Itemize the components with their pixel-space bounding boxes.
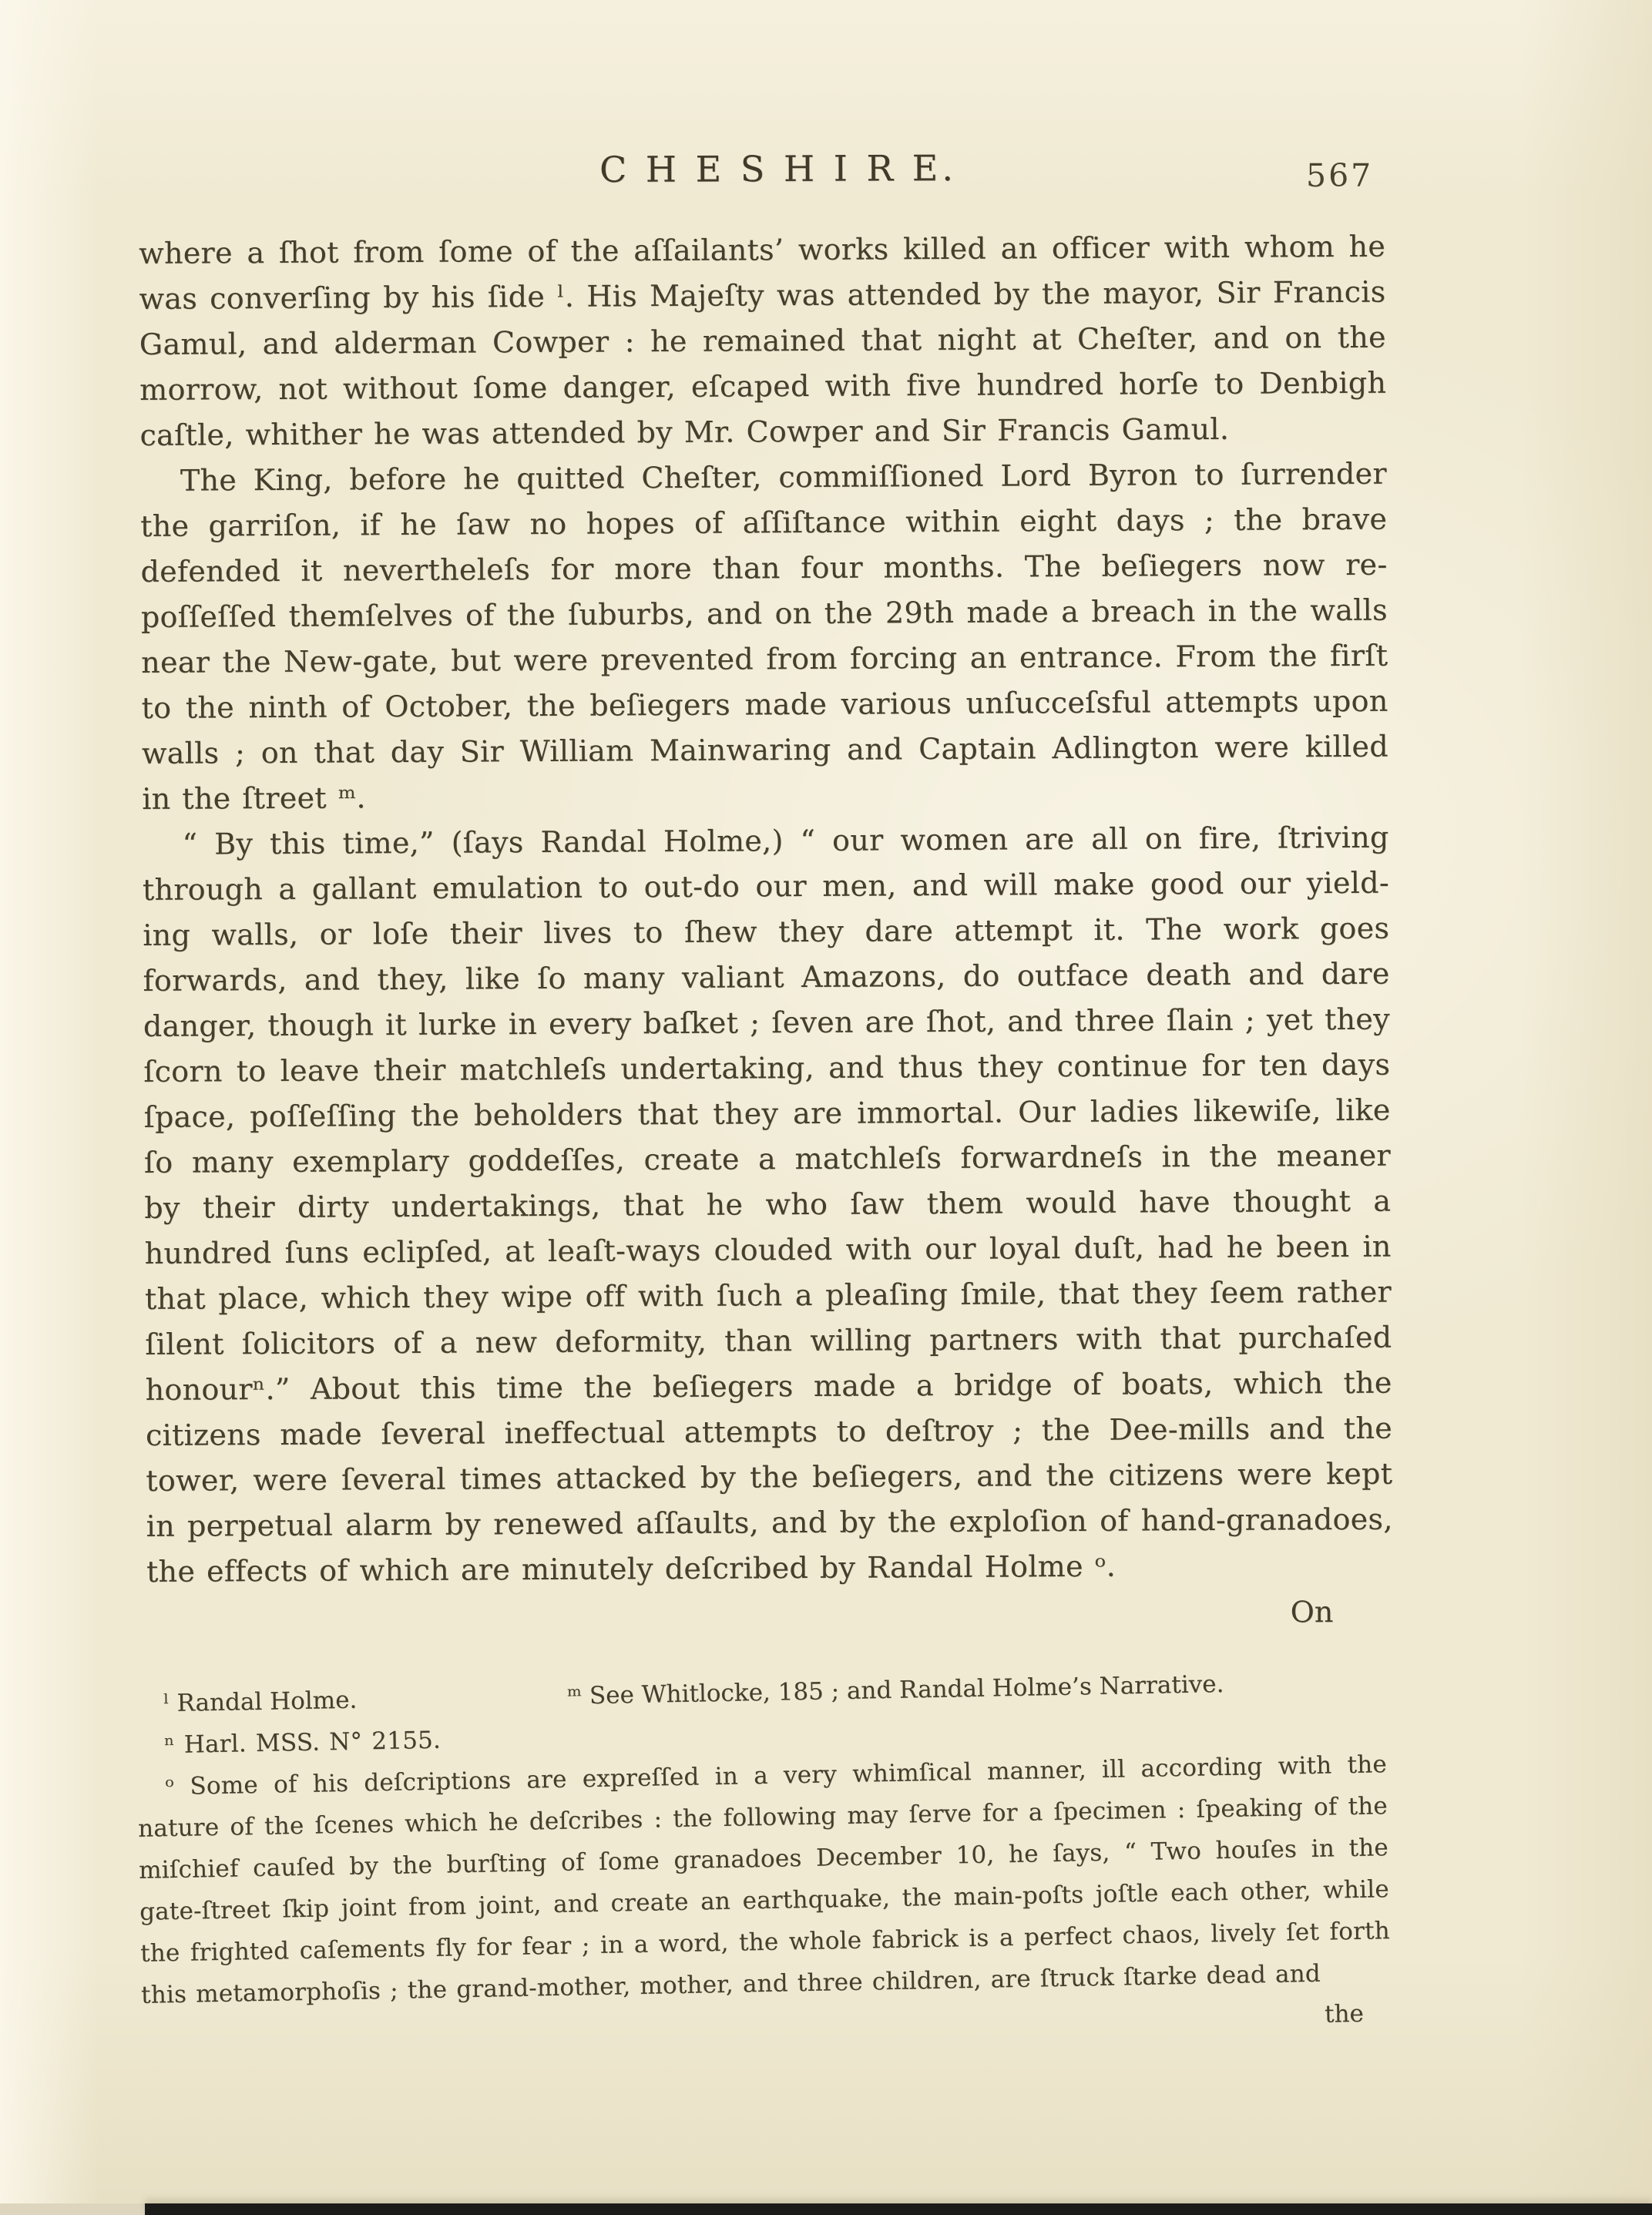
paragraph-2: The King, before he quitted Cheſter, com… (140, 451, 1389, 822)
scan-edge-left (0, 2203, 145, 2215)
text-line: morrow, not without ſome danger, eſcaped… (139, 361, 1386, 413)
text-line: defended it nevertheleſs for more than f… (140, 542, 1387, 595)
text-line: Gamul, and alderman Cowper : he remained… (139, 315, 1386, 367)
text-line: “ By this time,” (ſays Randal Holme,) “ … (142, 815, 1388, 868)
text-line: in perpetual alarm by renewed aſſaults, … (146, 1497, 1393, 1549)
page-number: 567 (1306, 157, 1373, 194)
text-line: danger, though it lurke in every baſket … (143, 997, 1390, 1049)
main-text-column: where a ſhot from ſome of the aſſailants… (139, 224, 1394, 1643)
text-line: ſpace, poſſeſſing the beholders that the… (143, 1088, 1390, 1140)
text-line: poſſeſſed themſelves of the ſuburbs, and… (141, 588, 1388, 640)
text-line: honourⁿ.” About this time the beſiegers … (145, 1361, 1392, 1413)
text-line: ſcorn to leave their matchleſs undertaki… (143, 1042, 1390, 1095)
text-line: was converſing by his ſide ˡ. His Majeſt… (139, 270, 1385, 322)
page-header-title: C H E S H I R E. (335, 146, 1221, 191)
text-line: ſo many exemplary goddeſſes, create a ma… (144, 1133, 1391, 1186)
text-line: hundred ſuns eclipſed, at leaſt-ways clo… (144, 1224, 1391, 1277)
text-line: that place, which they wipe off with ſuc… (145, 1270, 1392, 1322)
text-line: forwards, and they, like ſo many valiant… (143, 951, 1389, 1004)
text-line: citizens made ſeveral ineffectual attemp… (146, 1406, 1392, 1458)
scanned-book-page: C H E S H I R E. 567 where a ſhot from ſ… (0, 0, 1652, 2215)
paragraph-1: where a ſhot from ſome of the aſſailants… (139, 224, 1387, 458)
text-line: by their dirty undertakings, that he who… (144, 1179, 1391, 1231)
paragraph-3: “ By this time,” (ſays Randal Holme,) “ … (142, 815, 1393, 1595)
footnote-o: ᵒ Some of his deſcriptions are expreſſed… (137, 1743, 1392, 2016)
text-line: where a ſhot from ſome of the aſſailants… (139, 224, 1385, 277)
text-line: the effects of which are minutely deſcri… (146, 1542, 1393, 1595)
text-line: near the New-gate, but were prevented fr… (141, 633, 1388, 686)
footnotes-section: ˡ Randal Holme. ᵐ See Whitlocke, 185 ; a… (136, 1660, 1392, 2056)
text-line: ing walls, or loſe their lives to ſhew t… (143, 906, 1389, 958)
text-line: the garriſon, if he ſaw no hopes of aſſi… (140, 497, 1387, 549)
text-line: caſtle, whither he was attended by Mr. C… (139, 406, 1386, 458)
text-line: in the ſtreet ᵐ. (142, 770, 1388, 822)
text-line: through a gallant emulation to out-do ou… (143, 861, 1389, 913)
text-line: ſilent ſolicitors of a new deformity, th… (145, 1315, 1392, 1368)
catchword-on: On (146, 1588, 1393, 1643)
scan-edge-bar (145, 2203, 1652, 2215)
text-line: to the ninth of October, the beſiegers m… (141, 679, 1388, 731)
text-line: tower, were ſeveral times attacked by th… (146, 1451, 1392, 1504)
footnote-l: ˡ Randal Holme. (136, 1676, 568, 1725)
text-line: walls ; on that day Sir William Mainwari… (142, 724, 1388, 777)
text-line: The King, before he quitted Cheſter, com… (140, 451, 1387, 504)
